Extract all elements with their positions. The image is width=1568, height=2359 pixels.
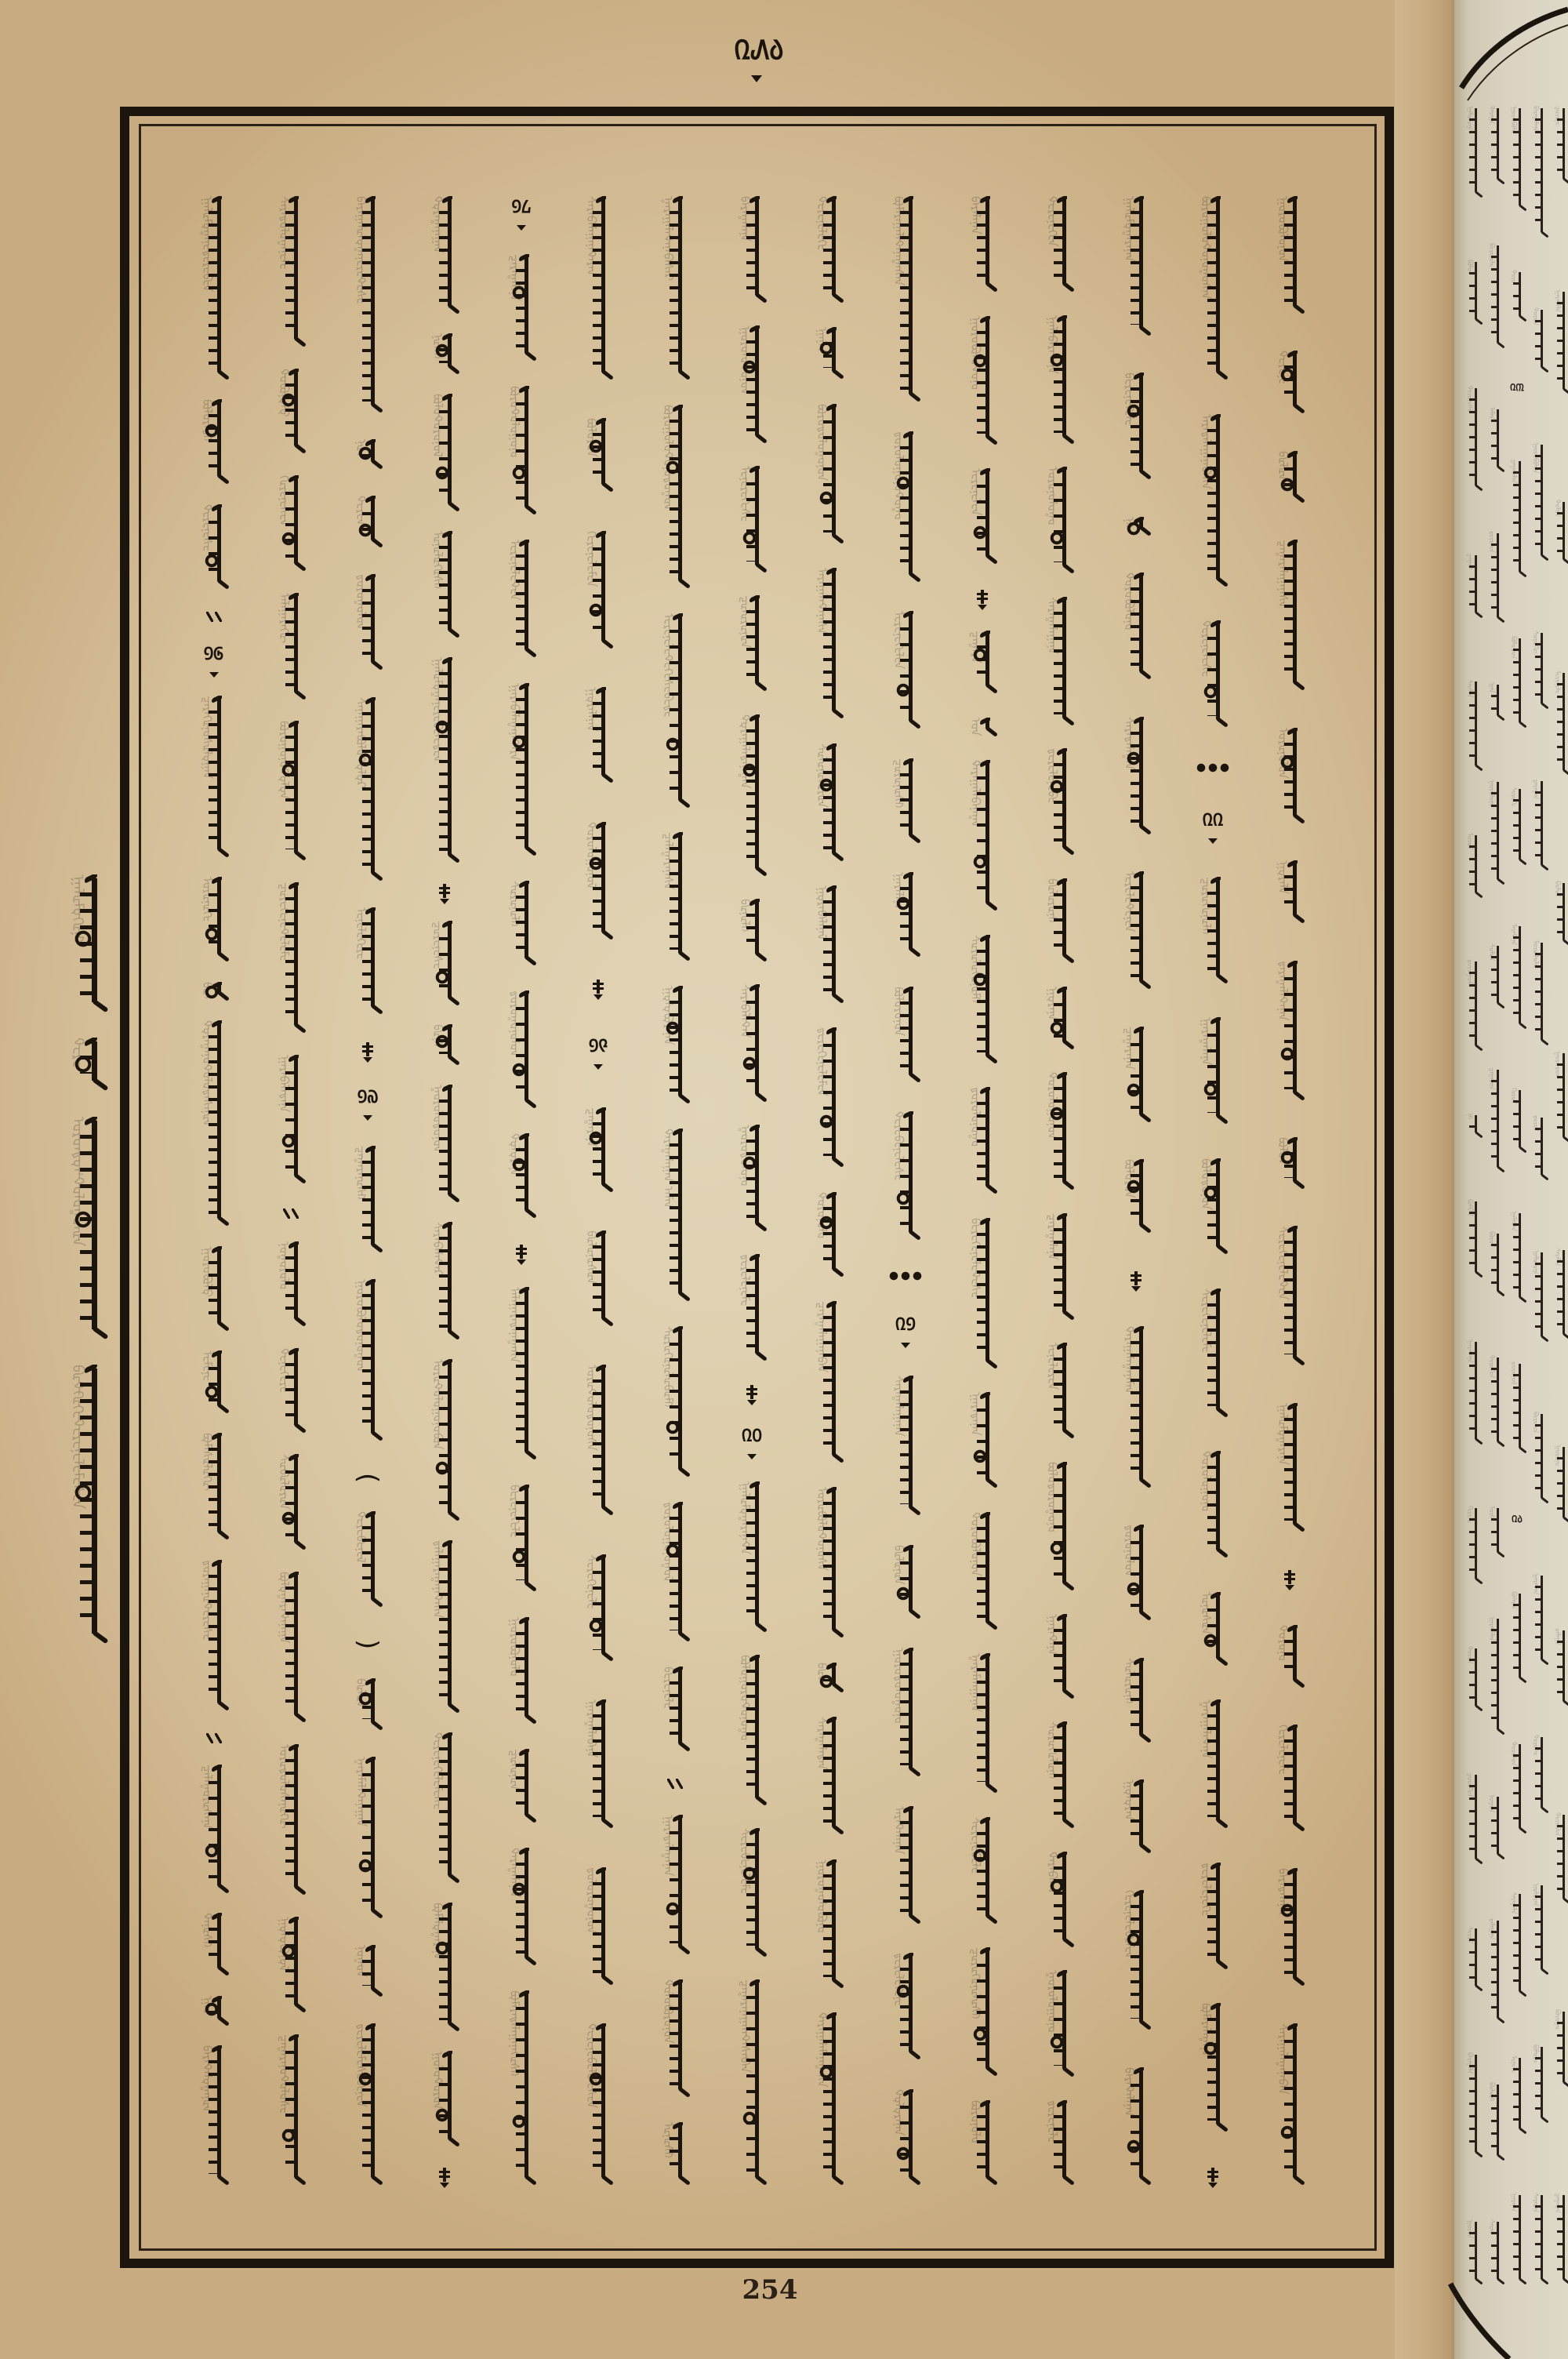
word: ᠰᠠᠷᠠᡎᠠᠯᠠᡍᠠᠨᠠ [1042, 597, 1076, 729]
word: ᡏᠠᠷᠠᡑᠠᠯᠠᡍᠠᠨᠠᡋᠠᠰᠠ [1196, 414, 1230, 590]
word: ᠰᡅᠯᡅᠨ [1485, 943, 1505, 1010]
word: ᡋᡆᠷᡆᡍᡆᠯᡆᡐᡆᠨᡆᡑᡆᡎᡆᠨ [658, 405, 692, 591]
verse-number: ᠒᠒ [1189, 809, 1237, 845]
punctuation-comma: ᠂ [356, 1041, 379, 1063]
word: ᠰᡅᠷᡅᡎᡅᠯᡅᠨᡅ [1042, 1721, 1076, 1831]
word: ᡋᡅᠯᡅᠨ [1551, 881, 1568, 947]
text-column-2: ᠰᠠᠷᠠᡑᡆᠯᡆᡎᠠᠨᡄᡏᡄ ᡐᡆᡋᡆᠨᡇᠯᡇ ᡎᡅᠷᡄᠨᡄᠰᡄᠨ ᡏᠠᠯᠠᡍᠠ… [274, 196, 308, 2188]
word: ᡍᡆᠷᡆᡑᡆᠯᡆᡎᡆᠨᡆ [888, 1648, 923, 1779]
word: ᡓᠠᡎᠠᠷᠠᠨᠠ [581, 1107, 615, 1195]
word: ᠰᠠᠷᠠᡎᠠᠯᠠᡑᠠᠨ [811, 1717, 846, 1837]
section-end-mark: ᠅ [1195, 761, 1231, 779]
parenthesis-open: ( [350, 1467, 385, 1488]
word: ᡋᡇᡏᠠᠰᡅᠯᡅᡎᡅ [197, 1433, 231, 1543]
word: ᡋᡄᠷᡄᠨᡄᠯᡄ [1485, 243, 1505, 350]
word: ᡏᠠᠷᠠᡍᠠᠯᠠᡐᠠᠨᠠᠰᠠ [811, 568, 846, 722]
word: ᡓᡅᠷᡄᠨᡄ [1551, 106, 1568, 186]
word: ᡋᡇᡏᠠᠷᠠᡍᠠᠯᠠᡐᠠᠨᠠᡎᠠᠰᠠᠨ [888, 196, 923, 405]
word: ᡋᡆᠯᡆᠨ [1272, 1137, 1307, 1192]
word: ᡋᡅᠨ [811, 1663, 846, 1696]
word: ᡐᡄᠷᡄ [1507, 270, 1527, 323]
word: ᡎᠠᠷᠠᡏᠠᠯᠠᡐᠠᠨᠠᡍᠠᠨ [350, 1757, 385, 1921]
word: ᡎᡄᠷᡄᠯᡄᠨᡄᡏᡄ [1272, 1725, 1307, 1834]
word: ᡐᡇᠷᠠᡍᠠᠯᠠᡑᠠᠨᠠᡎᠠᠨ [735, 714, 769, 879]
word: ᡍᡆᠷᡆᡋᡆᠯᡆᠨᡆᠨ [1272, 196, 1307, 317]
word: ᡏᡆᠷᡅᡋᡆᠯᡆᡐᡆᠨᡆᠰᠠ [811, 1487, 846, 1641]
word: ᠰᡅᠷᡅᠯᡅᡎᡅᠨᡅᡏᡅ [965, 935, 1000, 1067]
word: ᡍᡆᠷᡆᡋᡆᠯᡇ [197, 1246, 231, 1334]
word: ᡋᡇᠯᡇᡎᠠᠷᠠᡐᠠᠨᠠᡍᠠ [274, 1572, 308, 1725]
word: ᡍᠠᠯᠠᡋᠠᠷᠠᡐᠠᠨᠠ [1042, 315, 1076, 447]
word: ᡓᡅᠯᡅᠨᡅᠨ [504, 1749, 539, 1826]
word: ᡍᠠᠯᡅᡏᡇᡎᠠᠨᡄᠷᡄᡋᡄᠯᡄᡑᡄᠨ [427, 657, 462, 866]
word: ᡓᠠᡎᠠᠷᠠᠨᠠᠨ [1119, 1027, 1153, 1125]
verse-number: ᠑᠗ [343, 1086, 392, 1122]
word: ᡓᠠᡎᠠᠷᠠ [965, 631, 1000, 696]
word: ᡎᡄᠷᡄᠯᡄ [1463, 1506, 1483, 1586]
word: ᡍᡆᠷᡆᠯᡆᡐᡆᠨᡆᠨ [735, 325, 769, 446]
word: ᡑᡄᠷᡄᠯᡄᠨᡄᡏᡄ [735, 1254, 769, 1364]
word: ᡋᡄᠷᡄᡎᡄᠨᡄᠯᡄᡐᡄᠰᡄ [965, 1218, 1000, 1372]
word: ᡋᡆᠷᡆᡍᡆᠯᡆᡐᡆᠨᡆᡎᡆᠰᠠᠨ [1196, 196, 1230, 383]
word: ᡐᡆᠷᡆᡋᡆᠯᡆᠨᡆᠨ [965, 1512, 1000, 1633]
word: ᡏᡆᠷᡅᡐᡆᠯᡆᡑᡆᠨᡆᠰᠠ [581, 1365, 615, 1518]
facing-page-column-5: ᡓᡅᠷᡄᠨᡄ ᡍᠠᠷᠠᡋᠠᠯᠠ ᡐᡆᠯᡆᠨ ᡏᡄᠷᡄᠨᡄᠯᡄ ᡋᡅᠯᡅᠨ ᡎᡆᠷ… [1551, 106, 1568, 2286]
word: ᡓᡅᠷᡅᡎᡅᠨᡅᠯᡅ [1196, 877, 1230, 987]
word: ᡋᠠᠷᠠᡐᠠᠯᠠᠨᠠᠨ [1119, 2067, 1153, 2188]
word: ᡋᡆᠯᡆᡐᡆᠷᡆᠨᡆᠯ [427, 394, 462, 514]
word: ᡍᠠᠷᠠᠨᠠᠨ [1507, 2193, 1527, 2286]
word: ᡑᡄᠷᡄᡎᡄᠨᡄᠯᡄᡏᡄᠨ [811, 1027, 846, 1170]
word: ᡑᡆᠷᡆᡎᡆᠨᡆᠯᡆᠨ [504, 990, 539, 1111]
word: ᡋᠠᠷᠠᡎᠠᠯᠠ [1463, 2052, 1483, 2159]
word: ᡏᡄᠷᡄᠯᡄᡐᡄᠨᡄᠨ [1119, 871, 1153, 992]
word: ᡑᠠᠯᠠᡍᠠᠨᠠ [1485, 1918, 1505, 2025]
word: ᡑᡄᠷᡄᠯᡄᡎᡄᠨᡄ [888, 1953, 923, 2063]
word: ᡏᡆᠷᡅ [1485, 1506, 1505, 1559]
word: ᡋᠠᠷᠠᡎᠠᠯᠠᠨᠠ [735, 196, 769, 306]
word: ᡋᡇᡏᠠᠷᠠᠨ [1507, 1591, 1527, 1685]
word: ᡍᠠᠷᠠᡐᠠᠨᠠ [1463, 1339, 1483, 1446]
word: ᡋᡇᡏᠠᠷᠠᡑᠠᠯᠠᡍᠠᠨᠠᡎᡅᠰᡅ [504, 1990, 539, 2188]
word: ᡋᡆᠷᡆᠨᡆᠯᡆ [965, 2100, 1000, 2188]
word: ᡓᠠᡎᠠᠷᠠᠨᡆᡐᡆᠯᡆᠰᡄ [274, 2034, 308, 2188]
word: ᡍᡇᠷᠠᡋᠠᠯᠠᠨᠠᠯ [811, 885, 846, 1006]
text-column-15: ᡍᡆᠷᡆᡋᡆᠯᡆᠨᡆᠨ ᡐᡄᠷᡄᠨᡄ ᡋᡅᠯᡅᠨ ᡓᠠᡎᠠᠷᠠᠯᠠᡍᠠᠨᠠᠰᠠ … [1272, 196, 1307, 2188]
verse-number: ᠒᠔ [1504, 1512, 1530, 1534]
word: ᡏᡆᠷᡅᡐᡆᠯᡆ [1529, 940, 1549, 1047]
word: ᡑᡆᠷᠠᡍᠠᠨᡅᡐᡄᠷᡄᠰᡄ [197, 1560, 231, 1714]
word: ᡓᡅᠷᡄᠨᡄᠰᡄ [427, 921, 462, 1009]
text-column-9: ᡐᡄᠷᡄᠨᡄᠯᡄᡎᡄ ᡍᠠᠨᠠᠨ ᡋᡆᠷᡆᡑᡆᠯᡆᡎᡆᠨᡆᠨ ᡏᠠᠷᠠᡍᠠᠯᠠᡐ… [811, 196, 846, 2188]
word: ᡐᡇᠯᡇᠷᠠᠨᠠᠨ [888, 2089, 923, 2188]
word: ᡋᡄᠷᡄᠯᡄᠨ [1529, 1412, 1549, 1505]
word: ᡏᡄᠨᡄᠷᡄᡎᡄᠰᡄ [735, 466, 769, 576]
punctuation-comma: ᠂ [510, 1243, 533, 1265]
word: ᠨᡅᠰᡅ [427, 333, 462, 377]
word: ᡐᠠᠷᠠᡍᠠ [1485, 106, 1505, 186]
word: ᡋᡅᠯᡅᠷᡅᠨᡅ [1042, 878, 1076, 966]
word: ᡎᡄᠷᡄᠨᡄᠯᡄᡋᡄᡏᡄᠨ [1119, 1890, 1153, 2033]
title-word: ᡆᠷᡆᠨᡑᡇᠨᡃᡐᡆᠯᡆᡎᡆᡅᠨ [65, 1117, 111, 1343]
word: ᡎᡅᠷᡅᠨ [1507, 1088, 1527, 1154]
word: ᠰᠠᠷᠠᡑᡆᠯᡆᡎᠠᠨᡄᡏᡄ [274, 196, 308, 350]
word: ᡎᡆᠷᡆᡑᡆᠯᡆᠨᡆ [735, 1125, 769, 1234]
text-column-5: ᠑᠘ ᡓᠠᠷᠠᡎᠠᠯᠠᠨᠠ ᡋᡆᠷᡆᡐᡆᠯᡆᡍᡆᠨᡆ ᡏᡄᠷᡄᠨᡄᠯᡄᡐᡄᠨ ᡍ… [504, 196, 539, 2188]
word: ᡐᠠᠨᡅᠰᡅ [197, 1913, 231, 1979]
word: ᡏᡆᠷᡅᠨᡆᠯᡆᠨ [1272, 728, 1307, 827]
word: ᠨᡆᡎᡆᠷᡆᠯᡆ [274, 1241, 308, 1329]
page-number-header: ᠒᠕᠔ [706, 35, 812, 66]
verse-number: ᠒᠑ [881, 1314, 930, 1350]
word: ᡏᡆᠷᡅᠨ [1463, 833, 1483, 900]
punctuation-comma: ᠂ [433, 882, 456, 904]
parenthesis-close: ) [350, 1634, 385, 1655]
word: ᡍᠠᠯᡅᡏᡇᡎ [1529, 1250, 1549, 1343]
word: ᡓᠠᠷᠠᡎᡅᠨᡆᠰᡅᠯᡇᡍᠠᠨ [197, 696, 231, 860]
word: ᡋᡅ [197, 982, 231, 1004]
text-column-4: ᡐᡇᠷᠠᡎᠠᠨᠠᡍᠠᠨ ᠨᡅᠰᡅ ᡋᡆᠯᡆᡐᡆᠷᡆᠨᡆᠯ ᡏᡅᠨᡅᠯᡅᡎᡅᠰᡅ … [427, 196, 462, 2188]
word: ᡓᠠᠯᠠᡎᠠᠷᠠᠨᠠᠰᠠ [658, 832, 692, 964]
word: ᡐᡆᠷᡆᠨᡆ [1272, 1625, 1307, 1691]
word: ᡏᡄᠷᡄᠨᡄᠯᡄᠨ [965, 468, 1000, 567]
word: ᡍᠠᠯᡅᡏᡇᡎᠠᠷᠠᠨᠠᠨ [1119, 196, 1153, 339]
word: ᡏᡄᠨᡄᠯᡄᡎᡄᠷᡄ [350, 907, 385, 1017]
word: ᡎᡆᠷᡆᠯᡆᡍᡆᠨᡆ [1042, 1970, 1076, 2080]
word: ᡋᡆᠯᡆᠷᡆᠨᡆᠨ [888, 987, 923, 1085]
word: ᡍᡆᠷᡆᡋᡆᠨᡆᠯᡆ [504, 1617, 539, 1727]
word: ᡓᠠᡎᠠᠷᠠᠨᡅᠰᡅ [350, 1146, 385, 1256]
word: ᡍᡇᠯᡇᠷᠠᠨ [1529, 1883, 1549, 1976]
word: ᡏᡆᠷᡅᠨᡆᠯᡆᡎᡆ [1042, 467, 1076, 576]
word: ᡐᡄᠷᡄᠨᡄᠯᡄᠰᡄ [1196, 620, 1230, 730]
word: ᡏᡄᠷᡄᠨᡄᠯᡄ [1551, 671, 1568, 777]
word: ᠰᠠᠷᠠᡋᠠᠯᠠᡍᠠᠨᠠᡐᠠᠷᠠᠨ [581, 196, 615, 383]
word: ᡋᠠᠷᠠᡐᠠᠯᡇᡎᠠᠨᡅᠨ [197, 2045, 231, 2188]
word: ᡏᡅᠨᡅᠯᡅᡎᡅᠰᡅ [427, 531, 462, 641]
word: ᡐᠠᠷᠠᡍᠠᠯᠠᡎᠠᠨᠠᡏᠠᠨ [1119, 1326, 1153, 1491]
word: ᡐᡆᠯᡆᠨ [1551, 500, 1568, 566]
word: ᠰᡄᠷᡄᡎᡄ [1507, 787, 1527, 867]
word: ᡍᠠᠷᠠᡋᠠᠯᠠᡎᠠᠨᠠᡐᠠᠷᠠ [504, 683, 539, 859]
word: ᡐᡇᠯᡇᠷᠠᠨᠠ [504, 1133, 539, 1221]
word: ᠰᡅᠯᡅᠷᡅᠨᡅ [1119, 1658, 1153, 1746]
text-column-7: ᡎᠠᠷᠠᡍᠠᠯᠠᡐᠠᠨᠠᡋᠠᠰᠠᠷ ᡋᡆᠷᡆᡍᡆᠯᡆᡐᡆᠨᡆᡑᡆᡎᡆᠨ ᡏᡄᠷᡄ… [658, 196, 692, 2188]
word: ᡋᡆᠯᡆᠷᠠᡑᡅ [197, 399, 231, 487]
word: ᡋᡆᠯᡆᡑᡆᠨᡆᠨ [1196, 1158, 1230, 1257]
word: ᡏᡄᠷᡄᠨᡄᠯᡄᡐᡄᠨ [504, 540, 539, 660]
word: ᡐᡆᠷᡆᠨ [1463, 1646, 1483, 1713]
word: ᡓᠠᠷᠠᡎᠠᠯᠠᠨᠠ [1042, 1213, 1076, 1323]
word: ᡐᡄᠷᡄᠰᡄ [1529, 1735, 1549, 1815]
word: ᡓᠠᡎᠠᠷᠠᠨᠠᡍᠠᠯᠠᡐᠠᠰᠠᡋᠠᠨ [735, 1979, 769, 2188]
word: ᡍᠠᠷᠠᠯᠠᠨᠠ [888, 872, 923, 960]
word: ᡏᡄᠷᡄᠨᡄᠯᡄᡐᡄᡎᡄᠰᡄᡋᡄᡑᡄ [658, 613, 692, 811]
punctuation-comma: ᠂ [971, 588, 994, 610]
word: ᡍᠠᠷᠠᡑᠠᠨᠠᠨ [965, 1392, 1000, 1491]
word: ᡋᡆᠯᡆᡍᡆᠷᡆᡐᡆᠨᡆᡎᡆ [735, 1655, 769, 1808]
word: ᡑᠠᠯᠠᡍᠠᠷᠠᡎᠠᠨᠠᡐᠠᠰᠠ [427, 1540, 462, 1716]
word: ᡐᡄᠷᡄᡋᡄᠨᡄᠯ [350, 1511, 385, 1610]
word: ᠰᠠᠷᠠᡋᠠᠯᠠᡐᠠᠷ [427, 1222, 462, 1343]
word: ᠨᡅ [1119, 517, 1153, 539]
word: ᡐᡄᠷᡄᡋᡄᠨ [1551, 1812, 1568, 1906]
word: ᡏᡄᠨᡄᠯᡄ [1507, 2055, 1527, 2135]
punctuation-full-stop: ᠃ [279, 1205, 303, 1223]
facing-page-column-2: ᡐᠠᠷᠠᡍᠠ ᡋᡄᠷᡄᠨᡄᠯᡄ ᡏᠠᠯᠠᠨ ᡑᡄᠷᡄᠯᡄᠨ ᡍᠠᠨ ᡎᡆᠷᡆᠯᡆ… [1485, 106, 1505, 2286]
word: ᡏᡅᠨᡅᠰᡅᠨ [1196, 1592, 1230, 1669]
word: ᡍᡇᠷᠠᠯᠠᠨᠠᠨ [581, 687, 615, 786]
word: ᡎᡄᠷᡄᠨᡄᠯᡄᡏᡄᠨ [581, 531, 615, 652]
word: ᡆᠨ [965, 718, 1000, 740]
word: ᡍᠠᠷᠠᡋᠠᠯᠠ [1551, 289, 1568, 396]
word: ᡏᠠᠷᠠᡐᠠᠯᠠᠨᠠᠨ [888, 1806, 923, 1927]
verse-number: ᠑᠖ [190, 643, 238, 679]
word: ᡏᡆᠷᡅᡑᡆᠯᡆᠰᠠᠨᡅᡎᡅ [274, 1744, 308, 1898]
word: ᠨᡆᡎᡆᠨ [350, 1945, 385, 2000]
word: ᡐᡄᠷᡄᠨᡄᡎᡄᠨ [1042, 196, 1076, 295]
word: ᡑᠠᠷᠠᡎᠠᠯᠠᡐᠠᠨᠠᠨ [1272, 961, 1307, 1103]
word: ᡐᡄᠷᡄᠨᡄᠰᡄ [1463, 386, 1483, 493]
word: ᡍᠠᠯᡅᡏᡇᡎ [1463, 106, 1483, 199]
word: ᡋᡅᠨᡅ [427, 1024, 462, 1068]
word: ᡑᡆᠷᡆᡎᡆᠯ [1463, 959, 1483, 1052]
word: ᡎᡅᠷᡄᠨᡄᠰᡄᠨ [274, 475, 308, 574]
title-word: ᡍᠠᠯᡅᡏᡇᡎᡅᠨᡅ [65, 874, 111, 1016]
word: ᡐᡄᠷᡄᠨᡄᠯᡄᡎᡄ [811, 196, 846, 306]
punctuation-comma: ᠂ [1278, 1568, 1301, 1590]
word: ᡐᠠᠷᠠᡋᠠᠯᠠᠨ [1042, 1852, 1076, 1950]
word: ᡏᠠᠯᠠᡍᠠᠷᠠᡑᠠᠨᠠᡎᠠᠰᠠ [504, 1287, 539, 1463]
word: ᡍᠠᠯᠠᡋᠠᠨ [1507, 1211, 1527, 1304]
page-number-footer: 254 [731, 2274, 809, 2306]
word: ᡓᠠᠷᠠᡎᠠᠨ [1529, 779, 1549, 872]
word: ᠰᡄᠷᡄᡎᡄᠨᡄᠯᡄᡐᡄᠨ [1272, 1226, 1307, 1369]
word: ᡋᠠᠷᠠᠯᠠᠨᠠᠨ [965, 196, 1000, 295]
word: ᡐᡇᠷᠠᡎᠠᠨᡆᡐᡆᠯᡆᡑᠠᠰᠠᠨᡅᠨ [197, 1020, 231, 1229]
word: ᡑᡄᠷᡄᠨᡄᠯᡄ [1042, 2100, 1076, 2188]
word: ᡓᠠᡎᠠᠷᠠᠨ [1551, 2193, 1568, 2286]
word: ᡋᠠᠷᠠᡎᠠᠯᠠᠨᠠ [1529, 106, 1549, 239]
word: ᡓᡅᠷᡅᠨᡅᠰᡅ [888, 758, 923, 846]
word: ᡐᡄᠷᡄᠨᡄ [1272, 351, 1307, 416]
word: ᡏᡅᠨᡅᠰᡅ [658, 2122, 692, 2188]
word: ᡓᡅᠯᡅᠷᡅᠨᡅᠨ [735, 595, 769, 694]
verse-number: ᠒᠓ [1504, 380, 1530, 402]
word: ᡎᠠᠷᠠᡍᠠᠯᠠᡐᠠᠨᠠ [1196, 1699, 1230, 1831]
word: ᠰᡅᡋᡅᠯᡅᠷᡅᠨ [274, 1454, 308, 1553]
word: ᡐᠠᠷᠠᡎᠠᠯᠠᠨᠠᠨ [504, 1848, 539, 1968]
word: ᡋᡆᠯᡆᠷᡆᠨ [1119, 1159, 1153, 1236]
word: ᡏᡆᠷᡅᡐᡆᠯᡆᡍᡆᠨᡆᡋᡆᠨ [427, 1359, 462, 1524]
text-column-12: ᡐᡄᠷᡄᠨᡄᡎᡄᠨ ᡍᠠᠯᠠᡋᠠᠷᠠᡐᠠᠨᠠ ᡏᡆᠷᡅᠨᡆᠯᡆᡎᡆ ᠰᠠᠷᠠᡎᠠ… [1042, 196, 1076, 2188]
word: ᠨᡅ [1463, 1113, 1483, 1140]
text-column-8: ᡋᠠᠷᠠᡎᠠᠯᠠᠨᠠ ᡍᡆᠷᡆᠯᡆᡐᡆᠨᡆᠨ ᡏᡄᠨᡄᠷᡄᡎᡄᠰᡄ ᡓᡅᠯᡅᠷᡅ… [735, 196, 769, 2188]
word: ᡍᡆᠷᡆᠨᡆ [1551, 1445, 1568, 1525]
word: ᡓᠠᠯᠠᡎᡆᠷᡅᠰᠠᠨᠠ [197, 1765, 231, 1896]
word: ᠰᡄᠷᡄᠨᡄᡋᡄᠯᡄ [965, 1817, 1000, 1927]
word: ᡋᡆᠯᡆᡑᡆᠷᡆᡎᡆᠨᡆ [1042, 1462, 1076, 1594]
word: ᡎᡆᠷᡆᠯᡆᠨᡆ [1485, 780, 1505, 886]
word: ᡍᠠᠨ [197, 1996, 231, 2029]
word: ᡋᡅᠨᡅᠯᡅ [735, 899, 769, 965]
word: ᡍᠠᠨ [1485, 682, 1505, 722]
word: ᠰᡄᠷᡄᡎᡄᠨᡄᠯᡄ [581, 1554, 615, 1664]
word: ᡋᡆᠯᡆᡑᡆᠨ [1507, 636, 1527, 729]
word: ᡐᡄᠨᡄᡎᡄᠷᡄ [274, 1348, 308, 1436]
word: ᡐᡄᠷᡄᠨᡄᡋᡄᠯᡄᡏᡄᠰᡄᠨ [581, 2023, 615, 2188]
word: ᡓᠠᡎᠠᠷᠠᠯᠠᡍᠠᠨᠠᠰᠠ [1272, 540, 1307, 693]
word: ᡍᠠᠨᠠᠨ [811, 327, 846, 382]
text-column-1: ᡍᠠᠯᡅᡏᡇᡎᠠᠨᡄᡑᡄᠷᡄᡋᡄᠨ ᡋᡆᠯᡆᠷᠠᡑᡅ ᡐᡄᠷᡄᠨᡄᠰᡄ ᠃ ᠑᠖… [197, 196, 231, 2188]
word: ᡐᠠᠷᠠᡍᠠᠯᠠᡋᠠᠨᠠᡎᠠ [965, 760, 1000, 914]
word: ᡏᡆᠷᡅᠨᡅᡎᡄ [197, 877, 231, 965]
word: ᠰᠠᠷᠠᠯᠠᠨ [1463, 679, 1483, 772]
title-word: ᡐᡄᠷᡄ [65, 1038, 111, 1094]
punctuation-full-stop: ᠃ [202, 609, 226, 626]
word: ᡍᡆᠷᡆᡋᡆᠯᡆᠨ [1529, 442, 1549, 562]
word: ᡏᠠᠷᠠᡐᠠᠨᠠ [1507, 924, 1527, 1030]
word: ᠰᡅᠷᡅᠨᡅᠯᡅ [504, 881, 539, 969]
word: ᡋᡅᠯᡅᠷᡅ [1485, 2082, 1505, 2162]
word: ᡑᡆᠯᡆᠷᡆᡎᡆᠨᡆᠨ [581, 1867, 615, 1988]
word: ᡏᡄᠨᡄᠯᡄᠷᡄᠨ [1042, 1343, 1076, 1441]
word: ᡑᡄᠷᡄᠯᡄᠨᡄᡋᡄ [1042, 748, 1076, 858]
word: ᡋᡆᠷᡆᡐᡆᠯᡆᡍᡆᠨᡆ [504, 386, 539, 518]
word: ᡍᠠᠷᠠᡋᠠᠯᠠᡑᠠᠨᠠ [274, 1055, 308, 1187]
word: ᡍᠠᠷᠠᡎᠠᠯᠠᠨᠠ [1196, 1017, 1230, 1127]
word: ᡑᡆᠷᡆᠨᡆᠯᡆᠨ [1119, 1525, 1153, 1623]
word: ᡎᠠᠷᠠᡐᠠᠨ [1529, 1573, 1549, 1667]
punctuation-comma: ᠂ [586, 978, 610, 1000]
text-column-6: ᠰᠠᠷᠠᡋᠠᠯᠠᡍᠠᠨᠠᡐᠠᠷᠠᠨ ᡋᡆᠯᡆᠷᡆᠨ ᡎᡄᠷᡄᠨᡄᠯᡄᡏᡄᠨ ᡍᡇ… [581, 196, 615, 2188]
word: ᡐᡆᠷᡆᠯᡆᡍᡆᠨᡆᠨ [1042, 1072, 1076, 1193]
facing-page-column-4: ᡋᠠᠷᠠᡎᠠᠯᠠᠨᠠ ᡐᡆᠷᡆᠨ ᡍᡆᠷᡆᡋᡆᠯᡆᠨ ᠰᡅᠷᡅᡎᡅ ᡓᠠᠷᠠᡎᠠ… [1529, 106, 1549, 2286]
word: ᠰᡄᠷᡄᠨ [1463, 1926, 1483, 1993]
word: ᡏᠠᠯᠠᡍᠠᠷᠠᡎᡅ [274, 593, 308, 703]
word: ᡑᡄᠷᡄᠯᡄᠨ [1485, 531, 1505, 624]
verse-number: ᠑᠘ [497, 196, 546, 232]
word: ᡏᠠᠯᠠᠨ [1485, 407, 1505, 474]
word: ᡍᡇᠷᠠᠯᠠ [1272, 860, 1307, 926]
word: ᡓᠠᠷᠠᡎᠠᠯᠠᠨᠠ [504, 254, 539, 364]
word: ᡍᡆᠷᡆᡋᡆᠯᡆ [1507, 106, 1527, 213]
word: ᡐᡆᠷᡆᠯᡆᡍᡆᠨᡆ [1196, 1451, 1230, 1561]
word: ᡑᡆᠷᡆᠯᡆᡍᡆᠨᡆᡎᡆᠯ [658, 1502, 692, 1645]
word: ᠯᡄᡏᡄᠨᡄ [197, 1350, 231, 1416]
word: ᡑᡆᠷᡆᡎᡆᠯᡆᠨ [350, 574, 385, 673]
punctuation-comma: ᠂ [740, 1383, 764, 1405]
word: ᡓᠠᡎᠠᠷᠠᠯᠠᠨ [1507, 459, 1527, 579]
section-end-mark: ᠅ [887, 1270, 924, 1287]
word: ᡍᡇᠯᡇᠷᠠᠨ [1119, 1779, 1153, 1856]
word: ᡓᠠᠷᠠᡎᠠᠯᠠᡍᠠᠨᠠᡋᠠᠨ [811, 1301, 846, 1466]
text-column-10: ᡋᡇᡏᠠᠷᠠᡍᠠᠯᠠᡐᠠᠨᠠᡎᠠᠰᠠᠨ ᡑᡆᠷᡆᠯᡆᡍᡆᠨᡆᡐᡆᡎᡆ ᡏᡄᠷᡄᠨ… [888, 196, 923, 2188]
word: ᡐᡆᠷᡆᠯᡆᡍᡆᠨᡆᠯ [581, 822, 615, 943]
punctuation-full-stop: ᠃ [202, 1730, 226, 1747]
word: ᡋᠠᠷᠠᡑᠠᠯᠠᠨᠠᠨ [1272, 1868, 1307, 1989]
word: ᡓᡅᠷᡅᡎᡅᠨᡅᠯᡅᠰᡅ [965, 1947, 1000, 2079]
word: ᡍᠠᠯᡅᡏᡇᡎᠠᠨᡄᡑᡄᠷᡄᡋᡄᠨ [197, 196, 231, 383]
word: ᠰᡅᠷᡅᡎᡅ [1529, 631, 1549, 711]
word: ᠰᠠᠷᠠᠨ [1485, 2219, 1505, 2286]
word: ᡐᡆᠷᡆᠨᡆᠯᡆ [811, 1192, 846, 1280]
punctuation-full-stop: ᠃ [663, 1776, 687, 1793]
word: ᡋᡆᠯᡆᠷᡆᠨ [581, 418, 615, 495]
word: ᠰᠠᠷᠠᡍᠠᠯᠠᡎᠠᠨᠠᡋᠠᠨ [1272, 2023, 1307, 2188]
word: ᡍᡇᠯᡇᡋᡇᠨᡇᠯ [274, 1917, 308, 2016]
header-triangle-mark [751, 75, 762, 82]
word: ᡐᡆᠷᡆᠨ [1529, 307, 1549, 374]
word: ᡑᡄᠷᡄᠯᡄᠨᡄᡎᡄ [1196, 1863, 1230, 1972]
word: ᡋᡄᠷᡄᠨᡄᡎᡄᠯᡄ [1119, 373, 1153, 482]
word: ᡑᡆᠷᡆᠨᡆᠯ [1507, 1361, 1527, 1455]
word: ᡐᡄᠷᡄᠨᡄᠰᡄ [197, 504, 231, 592]
word: ᡋᡆᠷᡆᡍᡆᠨᡆᡐᡇᠯᡇᠨ [274, 721, 308, 863]
word: ᡍᡇᠯᡇᡋᡇᠷᠠᠨᠠᠨ [658, 986, 692, 1107]
word: ᡋᠠᠷᠠᡍᠠᠯᡅᡏᡇᡎᠠᠨᡄᠷᡄᡐᡄᠰᡄ [350, 196, 385, 416]
verse-number: ᠒᠐ [728, 1425, 776, 1461]
word: ᡋᡇᡏᠠᠯᡇᡎᠠᠷᠠᠨᠠ [427, 1903, 462, 2034]
word: ᡍᠠᠷᠠᡐᠠᠨᠠ [1042, 1614, 1076, 1702]
word: ᠰᠠᠷᠠᡎᠠᠯᠠᡍᠠᠨᠠᠨ [888, 1376, 923, 1518]
word: ᠰᠠᠷᠠᠯᠠᠨ [1551, 1248, 1568, 1341]
word: ᡐᠠᠷᠠᡍᠠᠯᠠᡏᠠᠨᠠᡎᠠᠰᠠ [811, 2012, 846, 2188]
word: ᠰᠠᠷᠠᡎᠠᠯᠠ [1507, 1892, 1527, 1998]
word: ᡍᡇᠷᠠᠨᠠ [1042, 987, 1076, 1052]
word: ᡐᠠᠷᠠᡎᠠᠯᠠᡍᠠᠨ ᠠᡏᠠᠨ [658, 1129, 692, 1304]
word: ᡍᠠᠷᠠᡎᠠᠯᠠᡋᠠᠨᠠ [581, 1699, 615, 1831]
punctuation-comma: ᠂ [1201, 2166, 1225, 2188]
word: ᡋᡅᠯᡅᠨᡅᠰᡅᠨ [581, 1230, 615, 1329]
word: ᡐᡄᠷᡄᡎᡄᠨ [1485, 1355, 1505, 1448]
word: ᠨᡅᠨ [350, 439, 385, 472]
word: ᡐᡆᠷᡆᡋᡆᠯᡆᠨᡆ [1119, 572, 1153, 682]
word: ᡋᡄᠷᡄᠨᡄᠯᡄ [658, 1667, 692, 1754]
word: ᡍᡆᠷᡆᠨ [1463, 2219, 1483, 2286]
punctuation-comma: ᠂ [433, 2166, 456, 2188]
word: ᡎᠠᠷᠠᡏᠠᠯᠠᡍᠠᠨᠠᠨ [965, 1653, 1000, 1796]
word: ᡍᡆᠯᡆᡐᡆᠷᡆᠨ [427, 2051, 462, 2150]
word: ᡐᡄᠷᡄᠨᡄᡎᡄᠯᡄᡏᡄᠰᡄ [427, 1732, 462, 1886]
word: ᡍᠠᠷᠠᡋᠠᠯᠠᠨ [1485, 1616, 1505, 1736]
word: ᡋᡆᠷᡆᡎᡆ [1551, 2009, 1568, 2089]
word: ᡋᡇᡏᡋᠠᠨ [1463, 1199, 1483, 1279]
word: ᡎᡆᠷᡆᡑᡆᠨ [1551, 1051, 1568, 1144]
word: ᡋᡆᠯᡆᠷᡆ [1529, 2045, 1549, 2125]
word: ᠰᡄᠷᡄᡎᡄᠨᡄᠯᡄᡏᡄ [1196, 1289, 1230, 1420]
word: ᡏᡄᠷᡄᠨᡄᡎᡄᠯᡄᠨ [888, 611, 923, 732]
word: ᡋᡄᠷᡄᠨᡄᡎᡄᠯᡄ [504, 1485, 539, 1594]
word: ᡋᡅᠯᡅᠨᡅᠨ [888, 1545, 923, 1622]
word: ᡍᠠᠯᡅᡏᡇᡎᠠᠷᠠᠨᠠᡐᠠ [735, 1481, 769, 1635]
text-column-11: ᡋᠠᠷᠠᠯᠠᠨᠠᠨ ᡍᡆᠷᡆᡋᡆᠯᡆᡐᡆᠨᡆ ᡏᡄᠷᡄᠨᡄᠯᡄᠨ ᠂ ᡓᠠᡎᠠᠷ… [965, 196, 1000, 2188]
word: ᠰᠠᠷᠠᡑᠠᠨ [1529, 2193, 1549, 2286]
book-gutter [1395, 0, 1457, 2359]
word: ᡐᡆᠷᡆᠯᡆᠨ [1507, 1742, 1527, 1835]
word: ᡐᡄᠷᡄᡋᡄᠨᡄᠯᡄᠰᡄ [888, 1111, 923, 1243]
word: ᡐᡇᠷᠠᡎᠠᠨᠠᡍᠠᠨ [427, 196, 462, 317]
word: ᡓᡅᠷᡄᡎᡄᠨᡄᡐᡄᠯᡄᡏᡄ [274, 882, 308, 1036]
word: ᠰᠠᠨᠠᡍᠠᠷᠠᡋᡆᠯᡆᡐᡇᠯᡇᠷ [350, 697, 385, 884]
text-column-3: ᡋᠠᠷᠠᡍᠠᠯᡅᡏᡇᡎᠠᠨᡄᠷᡄᡐᡄᠰᡄ ᠨᡅᠨ ᡐᡄᠷᡄᠨ ᡑᡆᠷᡆᡎᡆᠯᡆᠨ… [350, 196, 385, 2188]
word: ᡐᡄᠷᡄᠨ [350, 496, 385, 551]
word: ᠰᠠᠷᠠᡑᠠᠯᠠᡎᠠᠨ [1119, 717, 1153, 838]
word: ᡍᠠᠯᡅᡏᡇᡎᠠᠷᠠᠨᠠ [1272, 1403, 1307, 1535]
word: ᡋᡅᠯᡅᠨ [1272, 451, 1307, 506]
text-column-13: ᡍᠠᠯᡅᡏᡇᡎᠠᠷᠠᠨᠠᠨ ᡋᡄᠷᡄᠨᡄᡎᡄᠯᡄ ᠨᡅ ᡐᡆᠷᡆᡋᡆᠯᡆᠨᡆ ᠰ… [1119, 196, 1153, 2188]
word: ᠰᡅᠷᡅᡎᡅᠨᡅᠯᡅᡋᡅᡏᡅ [658, 1326, 692, 1480]
